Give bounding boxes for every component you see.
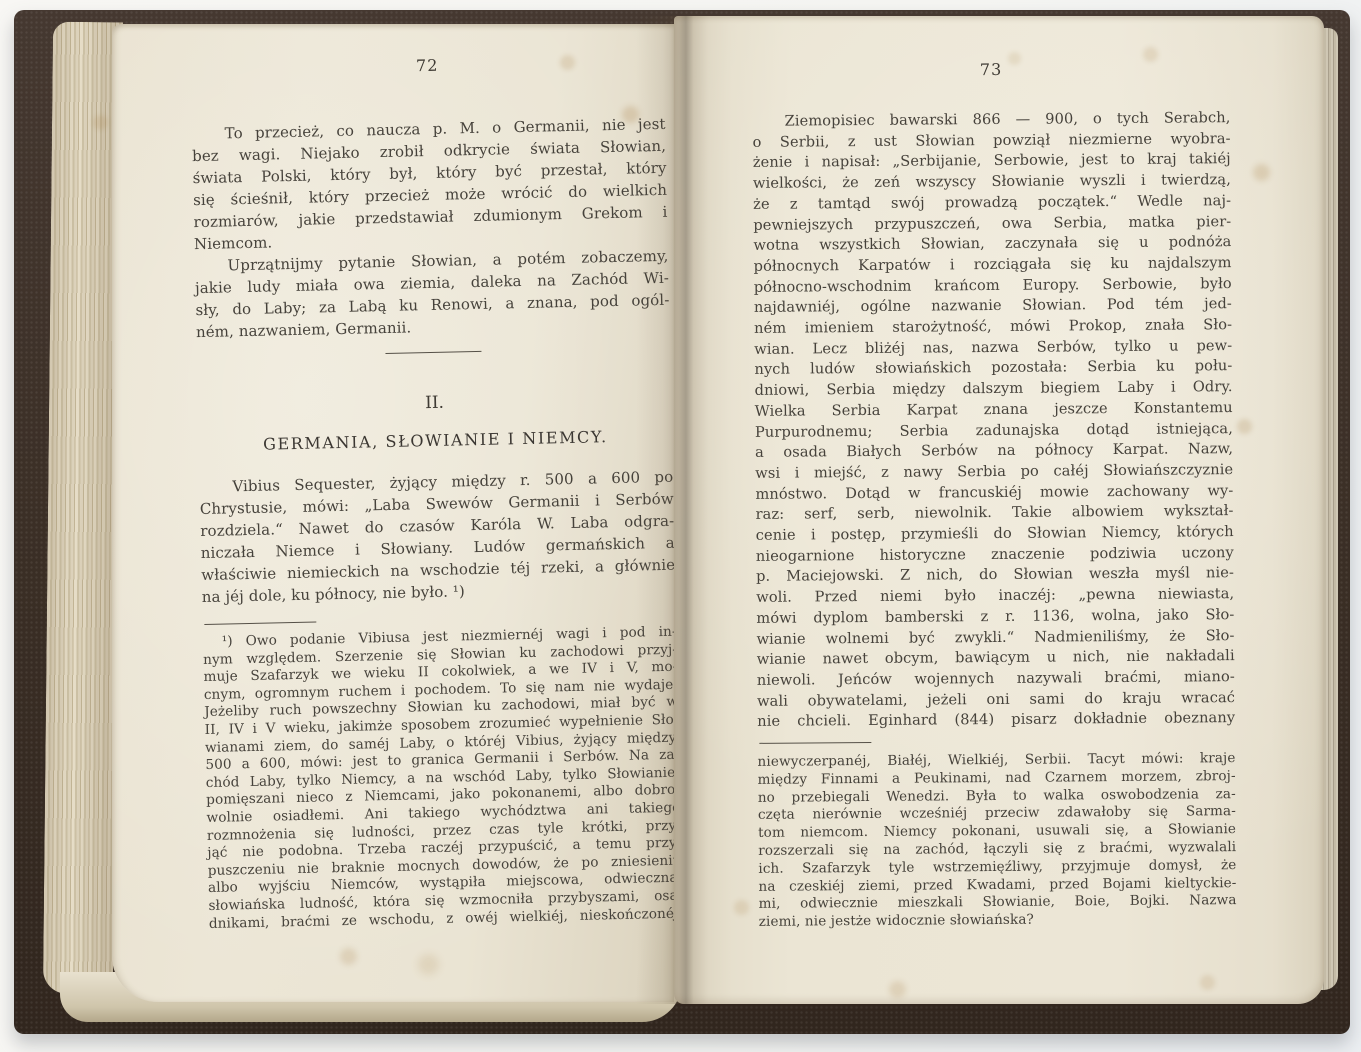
footnote-text: ¹) Owo podanie Vibiusa jest niezmiernéj … xyxy=(203,624,683,933)
footnote-rule xyxy=(204,622,316,625)
footnote-rule xyxy=(759,742,871,744)
foxing-spots xyxy=(0,0,9,9)
book-photo: 72 To przecież, co naucza p. M. o German… xyxy=(0,0,1361,1052)
right-page-text-block: 73 Ziemopisiec bawarski 866 — 900, o tyc… xyxy=(752,58,1237,932)
body-paragraph: Ziemopisiec bawarski 866 — 900, o tych S… xyxy=(752,108,1235,733)
left-page: 72 To przecież, co naucza p. M. o German… xyxy=(112,24,674,1002)
section-title: GERMANIA, SŁOWIANIE I NIEMCY. xyxy=(198,426,672,456)
page-number: 73 xyxy=(752,58,1230,82)
body-paragraph: To przecież, co naucza p. M. o Germanii,… xyxy=(191,113,668,255)
section-numeral: II. xyxy=(197,388,671,418)
right-page: 73 Ziemopisiec bawarski 866 — 900, o tyc… xyxy=(674,16,1324,1004)
page-number: 72 xyxy=(190,51,664,81)
left-page-text-block: 72 To przecież, co naucza p. M. o German… xyxy=(190,51,683,933)
section-divider-rule xyxy=(385,351,481,354)
body-paragraph: Vibius Sequester, żyjący między r. 500 a… xyxy=(199,466,676,608)
footnote-text: niewyczerpanéj, Białéj, Wielkiéj, Serbii… xyxy=(757,750,1236,932)
body-paragraph: Uprzątnijmy pytanie Słowian, a potém zob… xyxy=(194,245,670,343)
